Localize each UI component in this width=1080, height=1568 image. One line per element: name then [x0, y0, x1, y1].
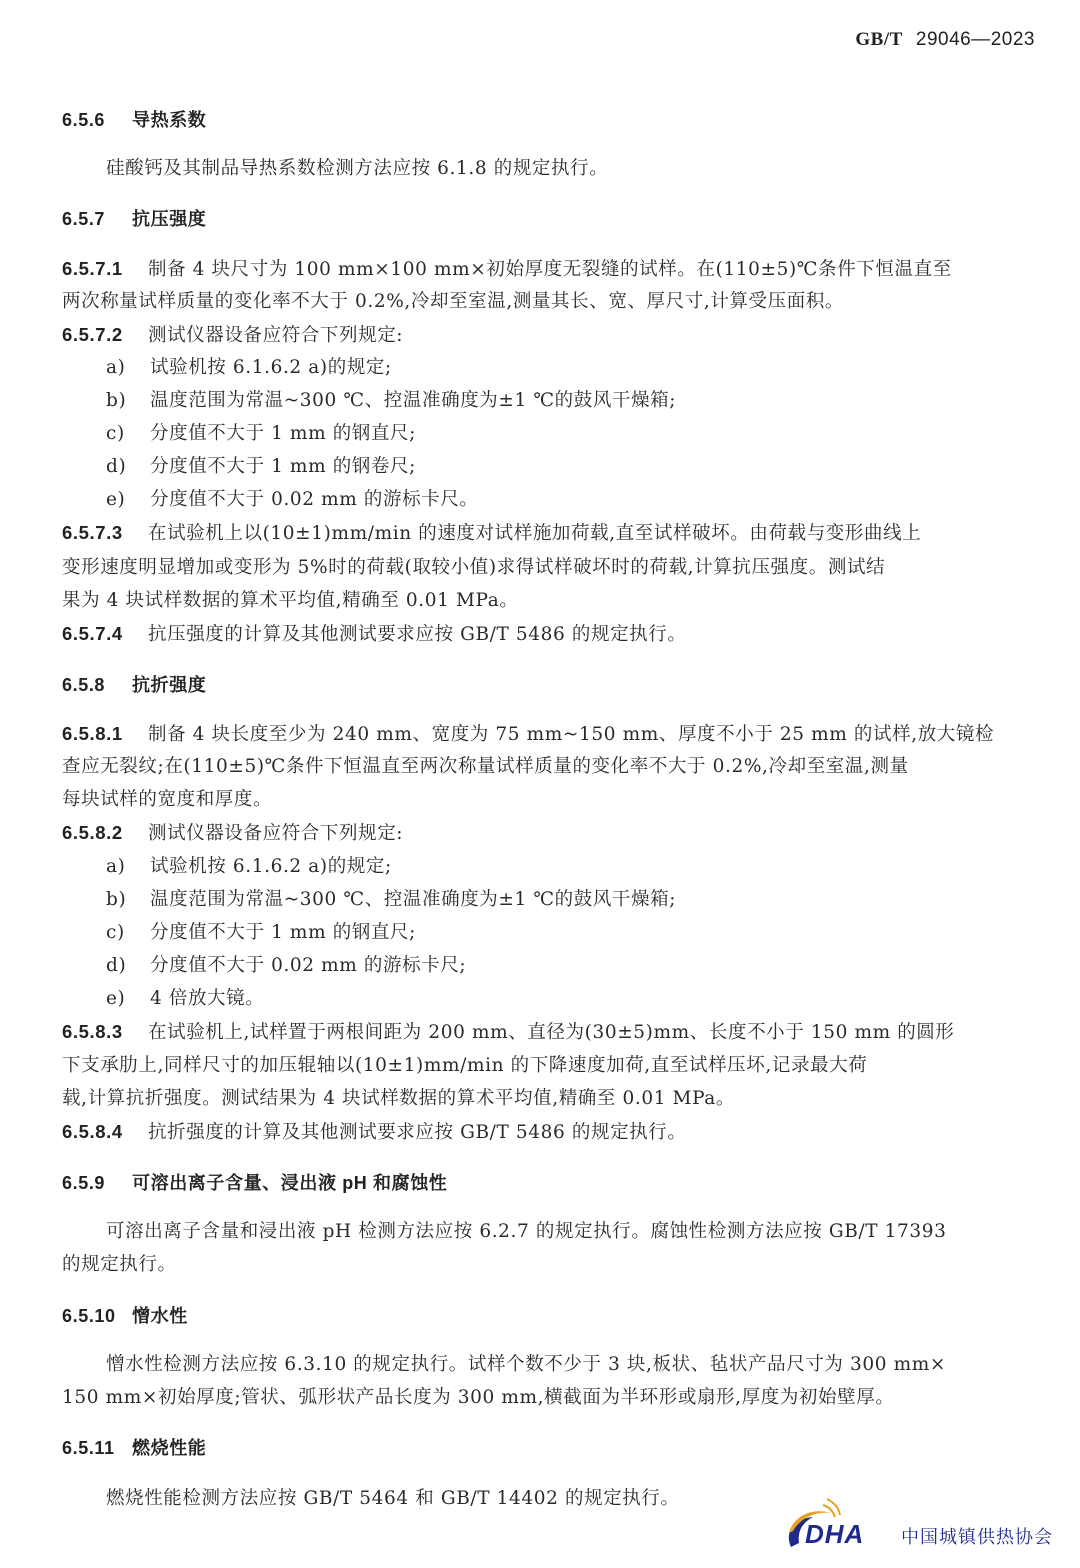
paragraph-line: 可溶出离子含量和浸出液 pH 检测方法应按 6.2.7 的规定执行。腐蚀性检测方…: [106, 1220, 947, 1244]
paragraph-line: 变形速度明显增加或变形为 5%时的荷载(取较小值)求得试样破坏时的荷载,计算抗压…: [62, 556, 885, 580]
logo-org-name: 中国城镇供热协会: [901, 1523, 1053, 1549]
clause-6-5-7-3: 6.5.7.3在试验机上以(10±1)mm/min 的速度对试样施加荷载,直至试…: [62, 521, 921, 546]
list-item: b)温度范围为常温~300 ℃、控温准确度为±1 ℃的鼓风干燥箱;: [106, 888, 676, 912]
clause-6-5-8-1: 6.5.8.1制备 4 块长度至少为 240 mm、宽度为 75 mm~150 …: [62, 722, 994, 747]
clause-6-5-7-1: 6.5.7.1制备 4 块尺寸为 100 mm×100 mm×初始厚度无裂缝的试…: [62, 257, 952, 282]
list-item: c)分度值不大于 1 mm 的钢直尺;: [106, 921, 416, 945]
list-item: e)分度值不大于 0.02 mm 的游标卡尺。: [106, 488, 479, 512]
paragraph-line: 下支承肋上,同样尺寸的加压辊轴以(10±1)mm/min 的下降速度加荷,直至试…: [62, 1054, 867, 1078]
clause-6-5-8-2: 6.5.8.2测试仪器设备应符合下列规定:: [62, 821, 403, 846]
section-heading-6-5-11: 6.5.11燃烧性能: [62, 1436, 206, 1460]
list-item: a)试验机按 6.1.6.2 a)的规定;: [106, 356, 392, 380]
paragraph-line: 的规定执行。: [62, 1253, 177, 1277]
section-heading-6-5-6: 6.5.6导热系数: [62, 108, 206, 132]
list-item: a)试验机按 6.1.6.2 a)的规定;: [106, 855, 392, 879]
clause-6-5-8-4: 6.5.8.4抗折强度的计算及其他测试要求应按 GB/T 5486 的规定执行。: [62, 1120, 686, 1145]
paragraph: 硅酸钙及其制品导热系数检测方法应按 6.1.8 的规定执行。: [106, 157, 608, 181]
paragraph-line: 两次称量试样质量的变化率不大于 0.2%,冷却至室温,测量其长、宽、厚尺寸,计算…: [62, 290, 844, 314]
list-item: e)4 倍放大镜。: [106, 987, 264, 1011]
list-item: d)分度值不大于 1 mm 的钢卷尺;: [106, 455, 416, 479]
section-heading-6-5-10: 6.5.10憎水性: [62, 1304, 188, 1328]
paragraph-line: 查应无裂纹;在(110±5)℃条件下恒温直至两次称量试样质量的变化率不大于 0.…: [62, 755, 909, 779]
paragraph: 燃烧性能检测方法应按 GB/T 5464 和 GB/T 14402 的规定执行。: [106, 1487, 680, 1511]
cdha-watermark-logo: DHA 中国城镇供热协会: [783, 1495, 1073, 1560]
section-heading-6-5-8: 6.5.8抗折强度: [62, 673, 206, 697]
section-heading-6-5-7: 6.5.7抗压强度: [62, 207, 206, 231]
clause-6-5-7-4: 6.5.7.4抗压强度的计算及其他测试要求应按 GB/T 5486 的规定执行。: [62, 622, 686, 647]
clause-6-5-8-3: 6.5.8.3在试验机上,试样置于两根间距为 200 mm、直径为(30±5)m…: [62, 1020, 955, 1045]
list-item: d)分度值不大于 0.02 mm 的游标卡尺;: [106, 954, 466, 978]
paragraph-line: 憎水性检测方法应按 6.3.10 的规定执行。试样个数不少于 3 块,板状、毡状…: [106, 1353, 946, 1377]
document-header: GB/T 29046—2023: [855, 28, 1035, 51]
clause-6-5-7-2: 6.5.7.2测试仪器设备应符合下列规定:: [62, 323, 403, 348]
paragraph-line: 载,计算抗折强度。测试结果为 4 块试样数据的算术平均值,精确至 0.01 MP…: [62, 1087, 735, 1111]
list-item: b)温度范围为常温~300 ℃、控温准确度为±1 ℃的鼓风干燥箱;: [106, 389, 676, 413]
paragraph-line: 150 mm×初始厚度;管状、弧形状产品长度为 300 mm,横截面为半环形或扇…: [62, 1386, 894, 1410]
logo-abbr: DHA: [805, 1519, 864, 1550]
standard-number: 29046—2023: [916, 29, 1035, 50]
section-heading-6-5-9: 6.5.9可溶出离子含量、浸出液 pH 和腐蚀性: [62, 1171, 447, 1195]
standard-prefix: GB/T: [855, 29, 902, 50]
list-item: c)分度值不大于 1 mm 的钢直尺;: [106, 422, 416, 446]
paragraph-line: 每块试样的宽度和厚度。: [62, 788, 272, 812]
paragraph-line: 果为 4 块试样数据的算术平均值,精确至 0.01 MPa。: [62, 589, 518, 613]
